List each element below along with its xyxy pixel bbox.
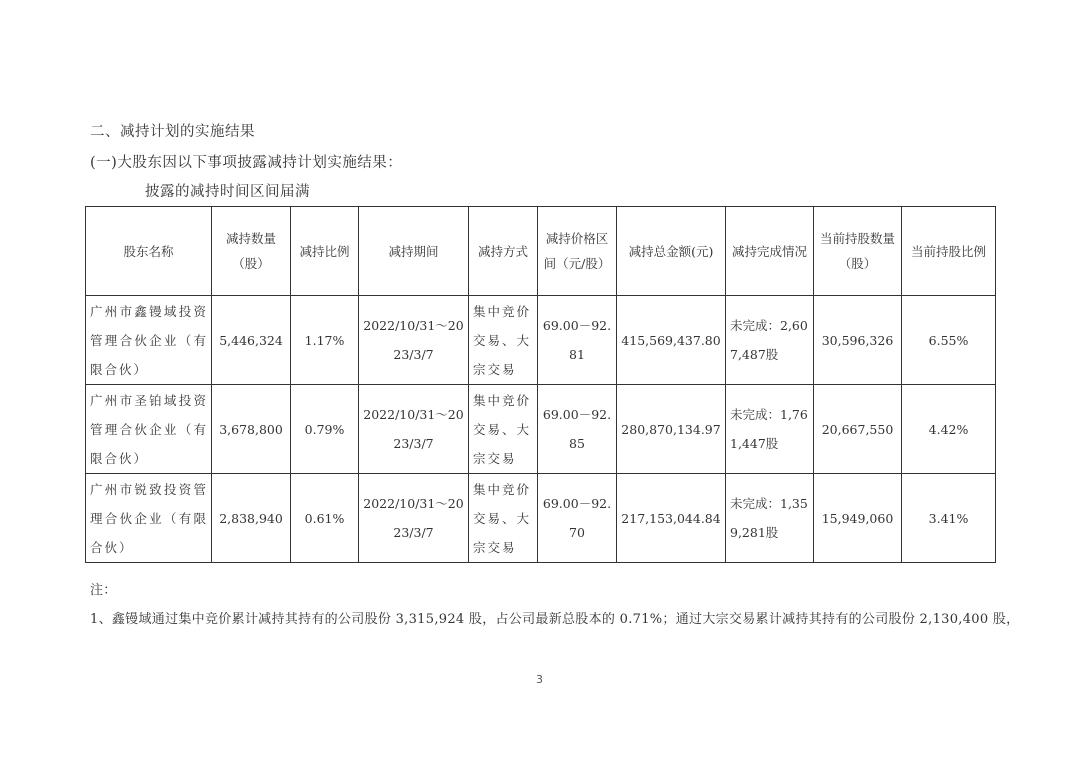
shareholder-name: 广州市圣铂域投资管理合伙企业（有限合伙） <box>86 385 212 474</box>
note-item: 1、鑫镘域通过集中竞价累计减持其持有的公司股份 3,315,924 股，占公司最… <box>90 608 1019 627</box>
total-amount: 217,153,044.84 <box>617 474 726 563</box>
quantity: 2,838,940 <box>212 474 291 563</box>
shareholder-name: 广州市锐致投资管理合伙企业（有限合伙） <box>86 474 212 563</box>
header-completion-status: 减持完成情况 <box>726 207 814 296</box>
quantity: 3,678,800 <box>212 385 291 474</box>
section-title: 二、减持计划的实施结果 <box>90 120 255 141</box>
header-method: 减持方式 <box>469 207 538 296</box>
price-range: 69.00－92.81 <box>538 296 617 385</box>
current-shares: 20,667,550 <box>814 385 902 474</box>
period: 2022/10/31～2023/3/7 <box>359 474 469 563</box>
document-page: 二、减持计划的实施结果 (一)大股东因以下事项披露减持计划实施结果： 披露的减持… <box>0 0 1080 764</box>
table-row: 广州市鑫镘域投资管理合伙企业（有限合伙） 5,446,324 1.17% 202… <box>86 296 996 385</box>
notes-label: 注： <box>90 579 117 598</box>
completion-status: 未完成：1,359,281股 <box>726 474 814 563</box>
quantity: 5,446,324 <box>212 296 291 385</box>
header-price-range: 减持价格区间（元/股） <box>538 207 617 296</box>
current-shares: 30,596,326 <box>814 296 902 385</box>
completion-status: 未完成：1,761,447股 <box>726 385 814 474</box>
header-current-ratio: 当前持股比例 <box>902 207 996 296</box>
total-amount: 280,870,134.97 <box>617 385 726 474</box>
current-shares: 15,949,060 <box>814 474 902 563</box>
total-amount: 415,569,437.80 <box>617 296 726 385</box>
shareholder-name: 广州市鑫镘域投资管理合伙企业（有限合伙） <box>86 296 212 385</box>
current-ratio: 3.41% <box>902 474 996 563</box>
header-period: 减持期间 <box>359 207 469 296</box>
ratio: 0.79% <box>291 385 359 474</box>
current-ratio: 6.55% <box>902 296 996 385</box>
header-total-amount: 减持总金额(元) <box>617 207 726 296</box>
period: 2022/10/31～2023/3/7 <box>359 296 469 385</box>
subsection-title: (一)大股东因以下事项披露减持计划实施结果： <box>90 151 402 172</box>
page-number: 3 <box>536 673 543 686</box>
header-current-shares: 当前持股数量（股） <box>814 207 902 296</box>
method: 集中竞价交易、大宗交易 <box>469 474 538 563</box>
table-row: 广州市锐致投资管理合伙企业（有限合伙） 2,838,940 0.61% 2022… <box>86 474 996 563</box>
header-ratio: 减持比例 <box>291 207 359 296</box>
header-quantity: 减持数量（股） <box>212 207 291 296</box>
table-header-row: 股东名称 减持数量（股） 减持比例 减持期间 减持方式 减持价格区间（元/股） … <box>86 207 996 296</box>
completion-status: 未完成：2,607,487股 <box>726 296 814 385</box>
reduction-results-table: 股东名称 减持数量（股） 减持比例 减持期间 减持方式 减持价格区间（元/股） … <box>85 206 996 563</box>
price-range: 69.00－92.85 <box>538 385 617 474</box>
ratio: 1.17% <box>291 296 359 385</box>
header-shareholder-name: 股东名称 <box>86 207 212 296</box>
period: 2022/10/31～2023/3/7 <box>359 385 469 474</box>
ratio: 0.61% <box>291 474 359 563</box>
disclosure-reason: 披露的减持时间区间届满 <box>145 180 310 201</box>
table-row: 广州市圣铂域投资管理合伙企业（有限合伙） 3,678,800 0.79% 202… <box>86 385 996 474</box>
price-range: 69.00－92.70 <box>538 474 617 563</box>
method: 集中竞价交易、大宗交易 <box>469 296 538 385</box>
method: 集中竞价交易、大宗交易 <box>469 385 538 474</box>
current-ratio: 4.42% <box>902 385 996 474</box>
